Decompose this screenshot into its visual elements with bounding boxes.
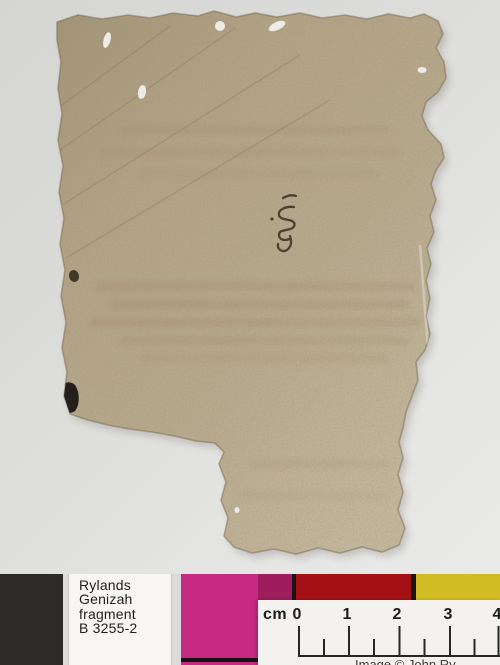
copyright-notice: Image © John Ry: [355, 657, 456, 665]
label-line-4: B 3255-2: [79, 621, 171, 635]
label-line-2: Genizah: [79, 592, 171, 606]
manuscript-fragment: [0, 0, 500, 574]
photo-area: [0, 0, 500, 574]
calibration-patch-magenta: [181, 574, 258, 665]
color-card-edge-line: [181, 658, 260, 662]
ruler-ticks: [258, 600, 500, 665]
label-line-3: fragment: [79, 607, 171, 621]
reference-label: Rylands Genizah fragment B 3255-2: [68, 574, 172, 665]
calibration-strip: Rylands Genizah fragment B 3255-2 cm 0 1…: [0, 574, 500, 665]
digitized-fragment-photo: Rylands Genizah fragment B 3255-2 cm 0 1…: [0, 0, 500, 665]
label-line-1: Rylands: [79, 578, 171, 592]
calibration-patch-black: [0, 574, 63, 665]
ruler-card: cm 0 1 2 3 4 Image © J: [258, 600, 500, 665]
